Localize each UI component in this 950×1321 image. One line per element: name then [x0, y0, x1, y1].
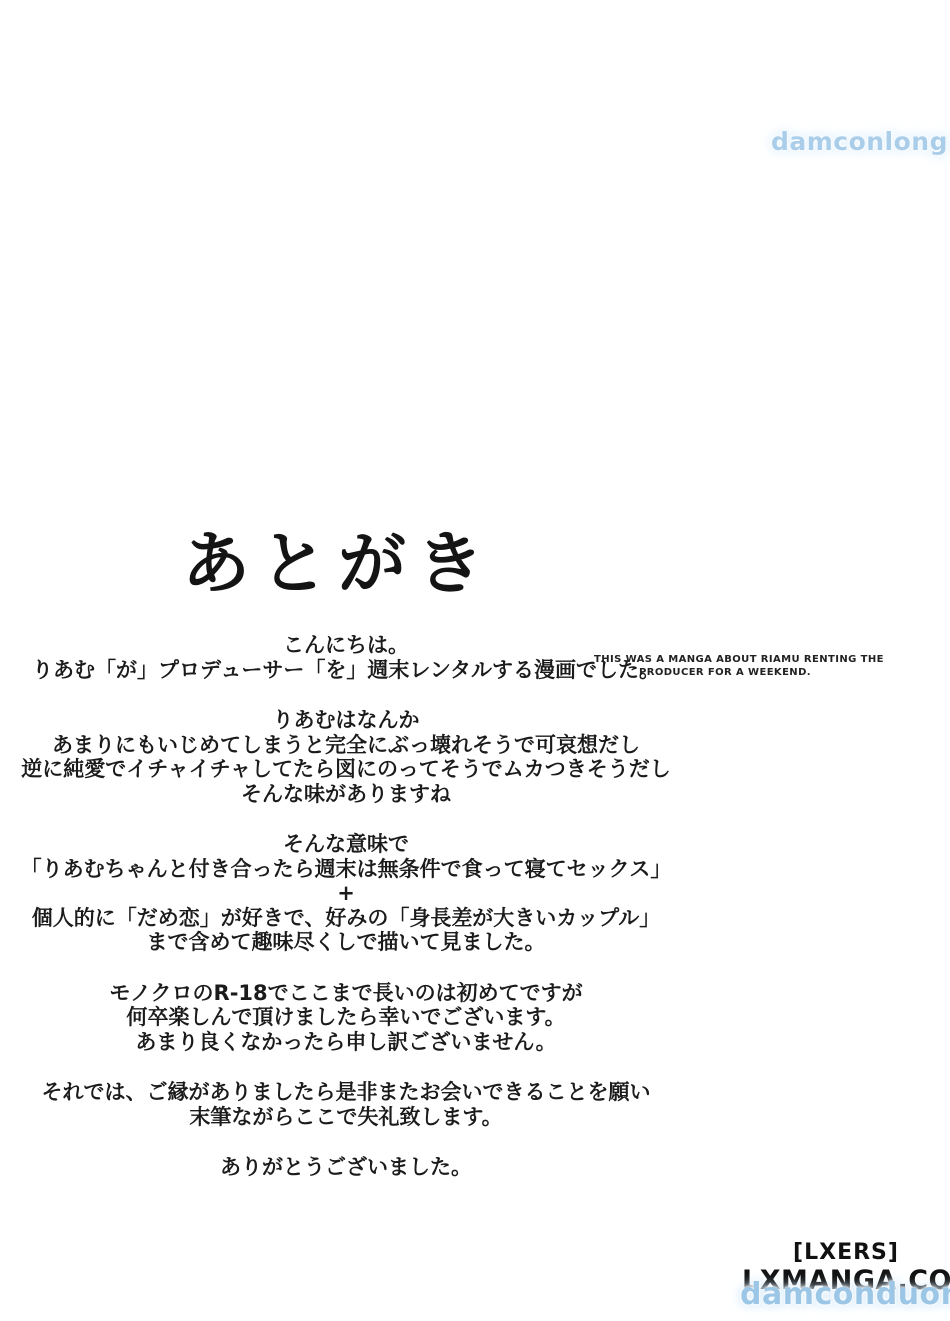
afterword-line: そんな意味で [0, 832, 692, 857]
afterword-line: あまりにもいじめてしまうと完全にぶっ壊れそうで可哀想だし [0, 733, 692, 758]
paragraph-greeting: こんにちは。 りあむ「が」プロデューサー「を」週末レンタルする漫画でした。 [0, 633, 692, 682]
afterword-line: あまり良くなかったら申し訳ございません。 [0, 1030, 692, 1055]
watermark-bottom-right: damconduong [740, 1277, 950, 1312]
afterword-line: + [0, 881, 692, 906]
afterword-line: 個人的に「だめ恋」が好きで、好みの「身長差が大きいカップル」 [0, 906, 692, 931]
translator-note-line: PRODUCER FOR A WEEKEND. [594, 666, 856, 679]
afterword-text: こんにちは。 りあむ「が」プロデューサー「を」週末レンタルする漫画でした。 りあ… [0, 633, 692, 1206]
paragraph-concept: そんな意味で 「りあむちゃんと付き合ったら週末は無条件で食って寝てセックス」 +… [0, 832, 692, 955]
translator-note-line: THIS WAS A MANGA ABOUT RIAMU RENTING THE [594, 653, 856, 666]
afterword-page: あとがき こんにちは。 りあむ「が」プロデューサー「を」週末レンタルする漫画でし… [0, 0, 950, 1321]
afterword-line: 「りあむちゃんと付き合ったら週末は無条件で食って寝てセックス」 [0, 857, 692, 882]
page-title: あとがき [0, 510, 676, 607]
translator-note: THIS WAS A MANGA ABOUT RIAMU RENTING THE… [594, 653, 856, 679]
afterword-line: モノクロのR-18でここまで長いのは初めてですが [0, 981, 692, 1006]
afterword-line: そんな味がありますね [0, 782, 692, 807]
afterword-line: ありがとうございました。 [0, 1155, 692, 1180]
group-tag: [LXERS] [742, 1240, 950, 1265]
afterword-line: こんにちは。 [0, 633, 692, 658]
afterword-line: りあむはなんか [0, 708, 692, 733]
paragraph-thanks: ありがとうございました。 [0, 1155, 692, 1180]
watermark-top-right: damconlong [771, 127, 948, 156]
afterword-line: 何卒楽しんで頂けましたら幸いでございます。 [0, 1005, 692, 1030]
paragraph-apology: モノクロのR-18でここまで長いのは初めてですが 何卒楽しんで頂けましたら幸いで… [0, 981, 692, 1055]
paragraph-riamu-thoughts: りあむはなんか あまりにもいじめてしまうと完全にぶっ壊れそうで可哀想だし 逆に純… [0, 708, 692, 806]
paragraph-farewell: それでは、ご縁がありましたら是非またお会いできることを願い 末筆ながらここで失礼… [0, 1080, 692, 1129]
afterword-line: それでは、ご縁がありましたら是非またお会いできることを願い [0, 1080, 692, 1105]
afterword-line: 末筆ながらここで失礼致します。 [0, 1105, 692, 1130]
afterword-line: まで含めて趣味尽くしで描いて見ました。 [0, 930, 692, 955]
afterword-line: りあむ「が」プロデューサー「を」週末レンタルする漫画でした。 [0, 658, 692, 683]
afterword-line: 逆に純愛でイチャイチャしてたら図にのってそうでムカつきそうだし [0, 757, 692, 782]
